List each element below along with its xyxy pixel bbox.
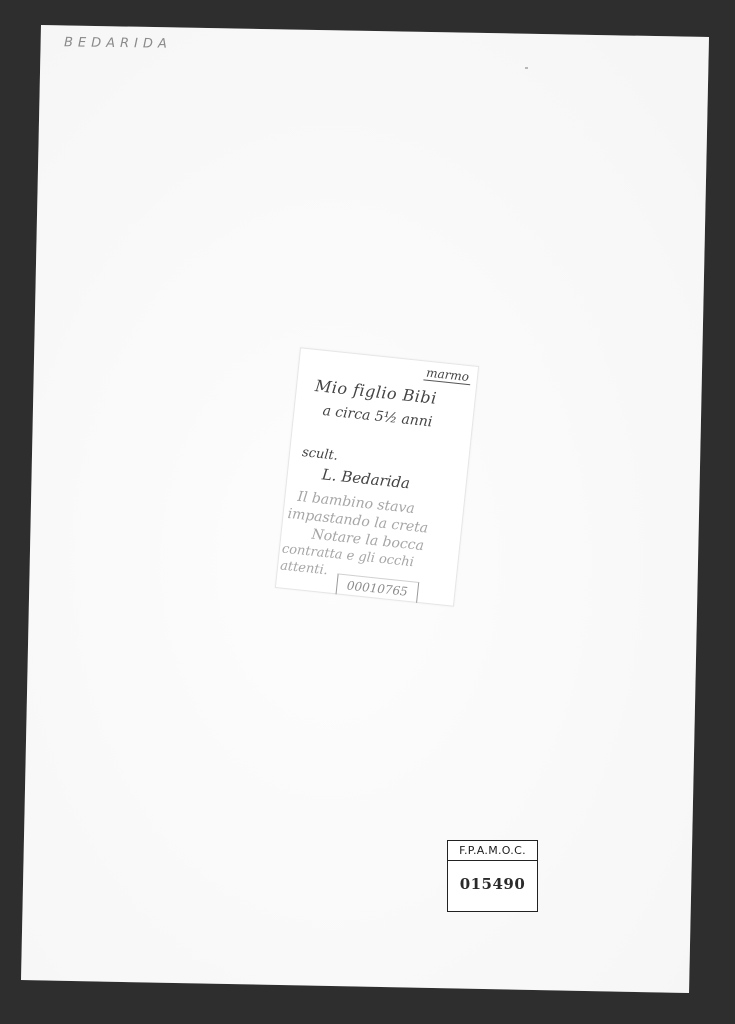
archive-stamp-number: 015490: [448, 875, 537, 893]
card-sculptor-label: scult.: [301, 445, 338, 464]
card-artist-signature: L. Bedarida: [321, 465, 411, 492]
archive-stamp-header: F.P.A.M.O.C.: [448, 841, 537, 861]
handwritten-card: marmo Mio figlio Bibi a circa 5½ anni sc…: [275, 347, 479, 606]
card-material-note: marmo: [423, 365, 471, 385]
card-age-line: a circa 5½ anni: [322, 403, 433, 430]
paper-speck: [525, 67, 528, 69]
archive-stamp: F.P.A.M.O.C. 015490: [447, 840, 538, 912]
card-note-line-5: attenti.: [279, 558, 328, 578]
pencil-surname-label: BEDARIDA: [64, 35, 172, 52]
